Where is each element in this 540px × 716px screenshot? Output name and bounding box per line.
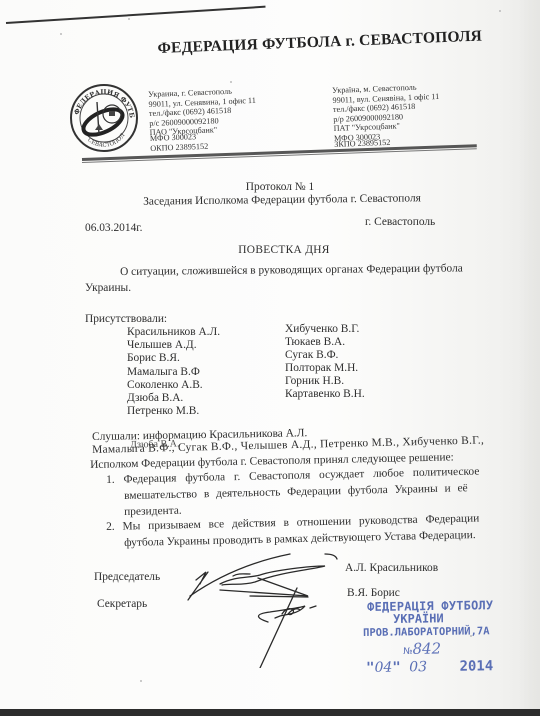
stamp-number: 842 (412, 639, 441, 657)
attendee-list-right: Хибученко В.Г. Тюкаев В.А. Сугак В.Ф. По… (285, 323, 365, 402)
address-block-ru: Украина, г. Севастополь 99011, ул. Сеняв… (148, 86, 258, 153)
scan-speck (230, 81, 232, 83)
attendee-name: Соколенко А.В. (127, 379, 220, 392)
scan-speck (60, 33, 62, 35)
attendee-name: Полторак М.Н. (285, 362, 365, 375)
stamp-date-year: 2014 (459, 658, 493, 674)
stamp-line: УКРАЇНИ (393, 611, 444, 626)
attendee-name: Борис В.Я. (127, 352, 220, 365)
attendee-name: Горник Н.В. (285, 375, 365, 388)
decision-text: президента. (124, 505, 182, 518)
stamp-date-day: 04 (374, 660, 392, 676)
attendance-label: Присутствовали: (85, 313, 167, 325)
attendee-name: Картавенко В.Н. (285, 388, 365, 401)
attendee-name: Красильников А.Л. (127, 326, 220, 339)
scan-edge-shadow (520, 0, 540, 709)
agenda-text-line: Украины. (85, 282, 131, 294)
stamp-registration-number: №842 (403, 639, 441, 658)
scan-speck (499, 10, 501, 12)
attendee-list-left: Красильников А.Л. Челышев А.Д. Борис В.Я… (127, 326, 220, 418)
attendee-name: Петренко М.В. (127, 405, 220, 418)
scan-speck (470, 635, 472, 637)
secretary-label: Секретарь (97, 598, 147, 610)
attendee-name: Мамалыга В.Ф (127, 366, 220, 379)
stamp-date-month: 03 (409, 659, 427, 675)
decision-number: 2. (106, 521, 115, 533)
scan-speck (128, 18, 130, 20)
attendee-name: Дзюба В.А. (127, 392, 220, 405)
attendee-name: Тюкаев В.А. (285, 336, 365, 349)
handwritten-signature-icon (160, 548, 360, 668)
attendee-name: Сугак В.Ф. (285, 349, 365, 362)
protocol-date: 06.03.2014г. (85, 222, 143, 234)
scan-speck (140, 680, 142, 682)
football-federation-emblem-icon: ФЕДЕРАЦИЯ ФУТБОЛА СЕВАСТОПОЛЬ (68, 82, 140, 154)
address-block-ua: Україна, м. Севастополь 99011, вул. Сеня… (332, 82, 441, 149)
chair-label: Председатель (94, 571, 160, 583)
scan-bottom-edge (0, 709, 540, 716)
protocol-city: г. Севастополь (365, 216, 435, 228)
attendee-name: Челышев А.Д. (127, 339, 220, 352)
agenda-title: ПОВЕСТКА ДНЯ (14, 244, 540, 256)
decision-number: 1. (106, 474, 115, 486)
stamp-date: "04" 03 2014 (366, 658, 493, 676)
attendee-name: Хибученко В.Г. (285, 323, 365, 336)
